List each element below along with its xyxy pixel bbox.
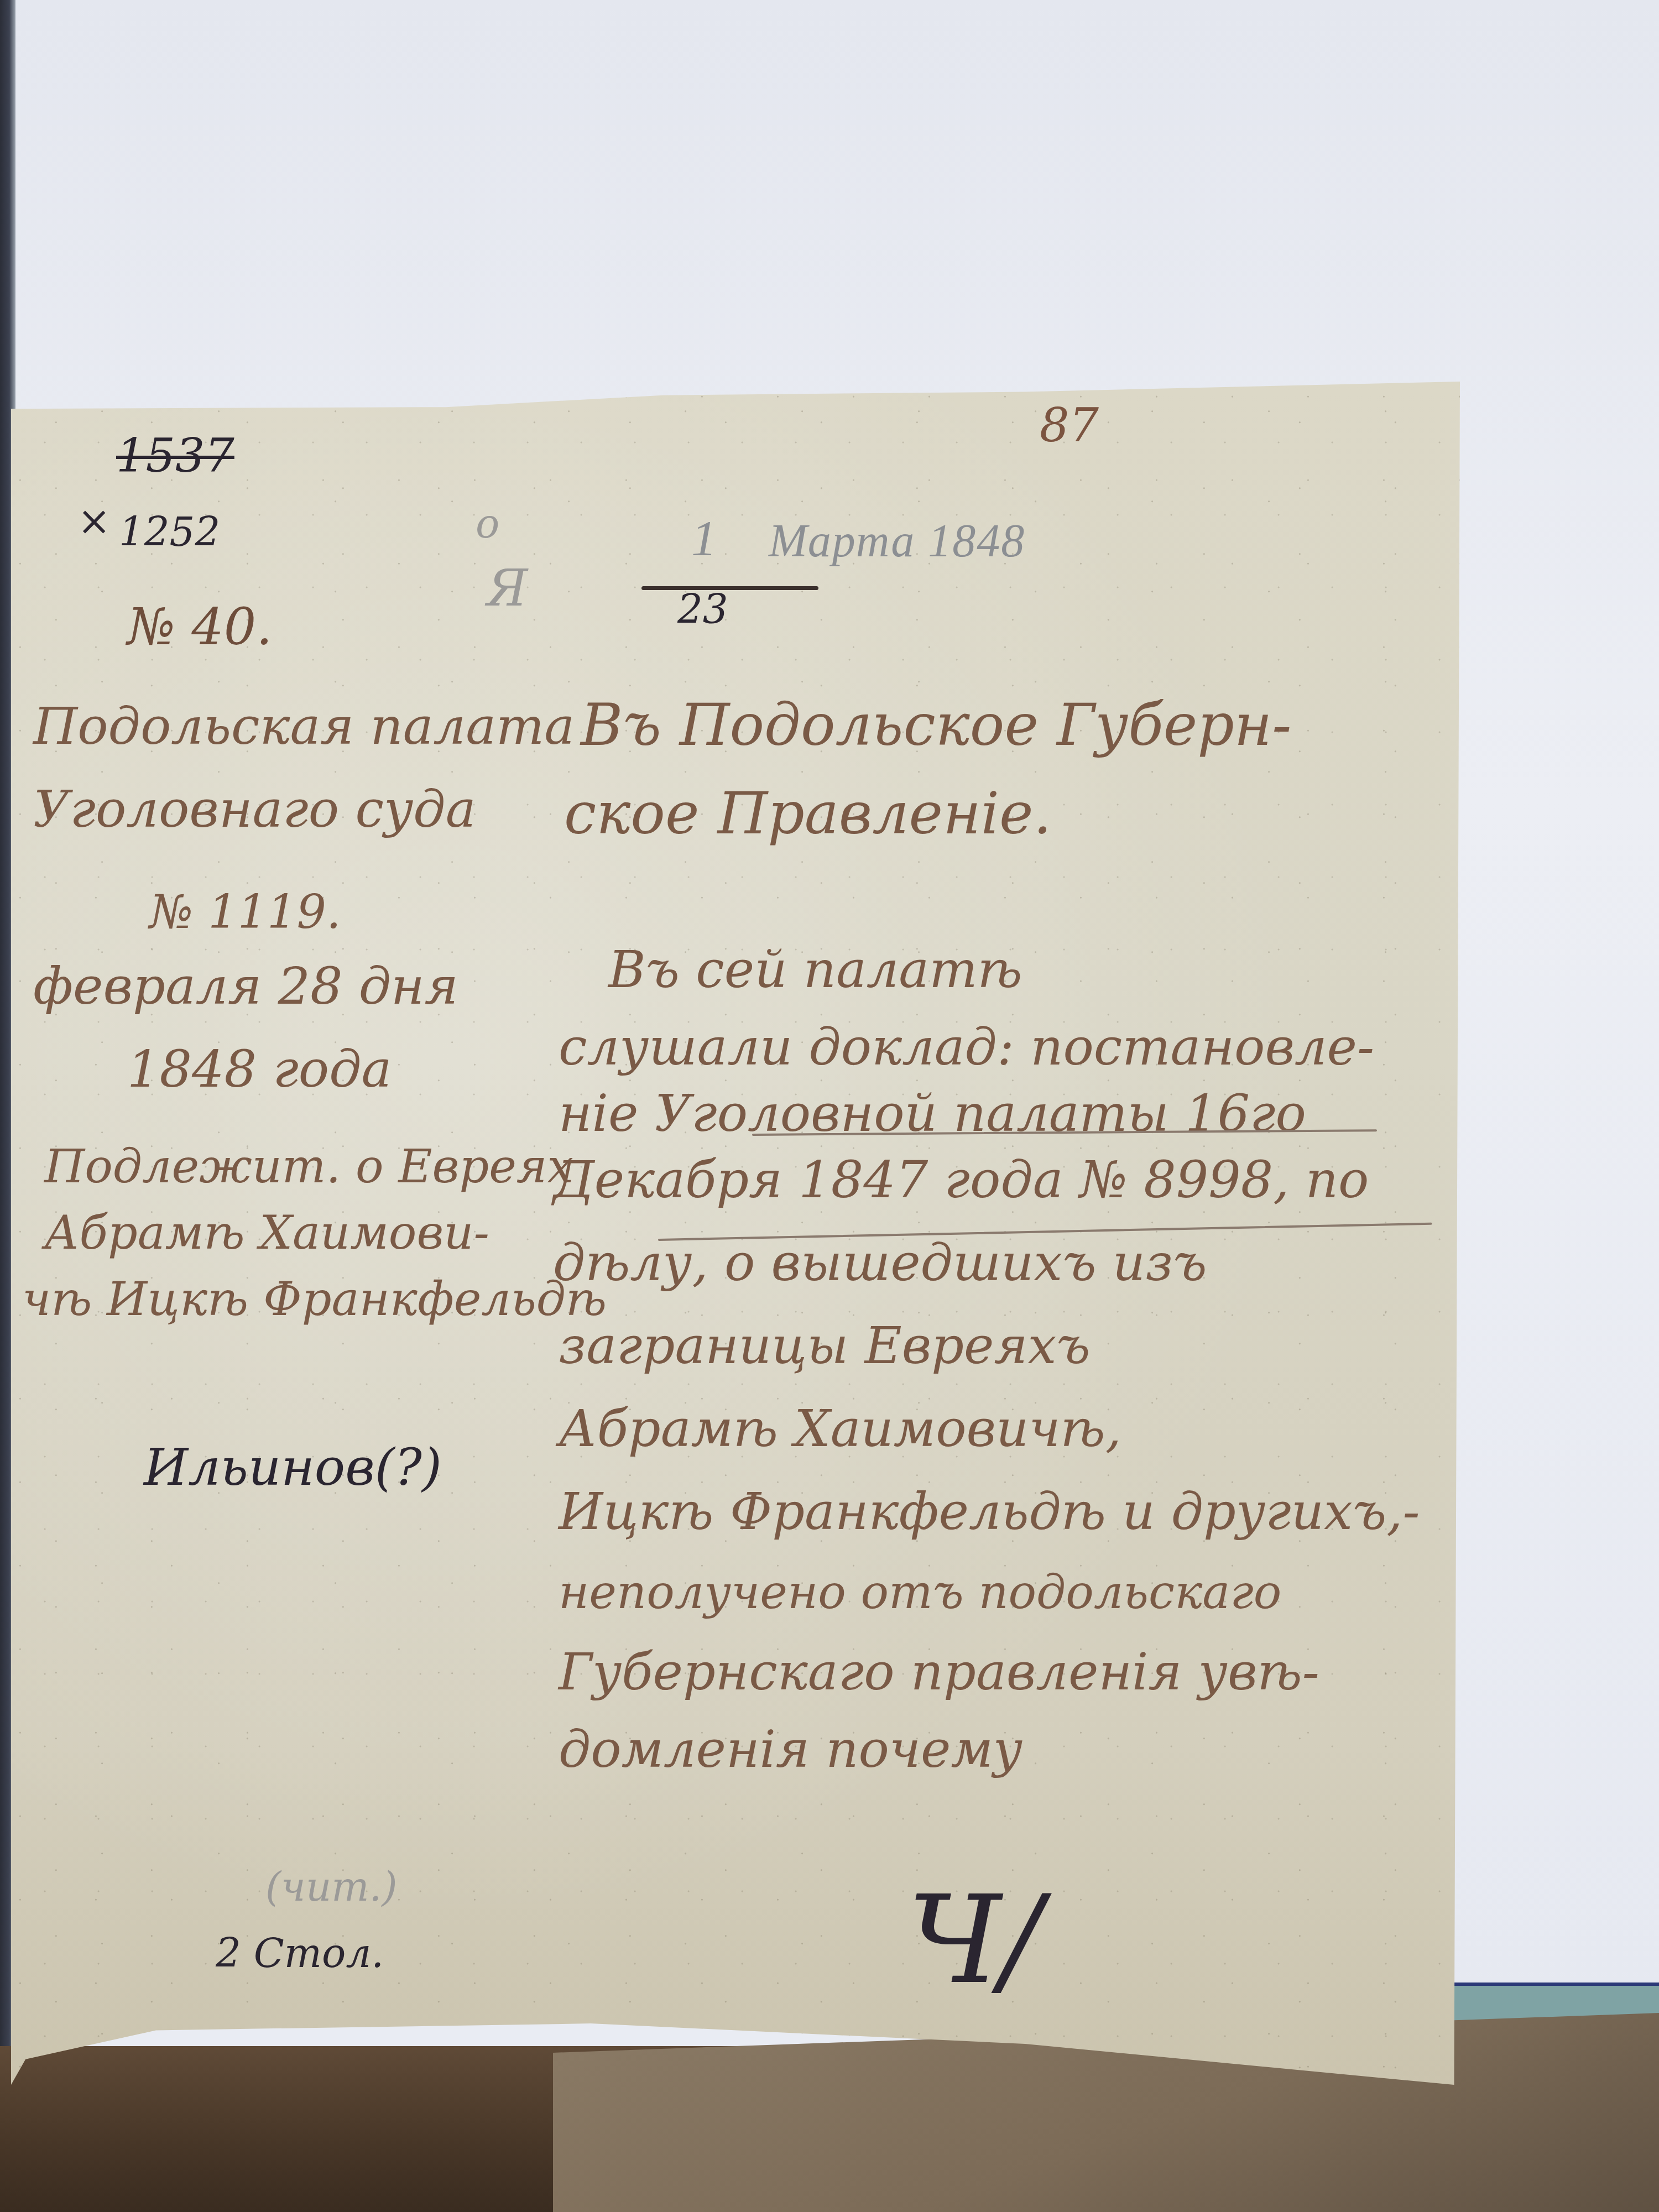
signature-mark: Ч/ [907, 1869, 1042, 2011]
addressee-line-2: ское Правленіе. [564, 780, 1052, 847]
subject-line-2: Абрамѣ Хаимови- [44, 1206, 489, 1260]
outgoing-number: № 1119. [149, 885, 341, 939]
stamp-month-year: Марта 1848 [769, 514, 1025, 568]
pencil-note: (чит.) [265, 1864, 398, 1910]
body-line-8: Ицкѣ Франкфельдѣ и другихъ,- [559, 1482, 1420, 1541]
sender-line-2: Уголовнаго суда [33, 780, 476, 839]
mark-x: × [77, 498, 111, 544]
stamp-sub-number: 23 [677, 586, 728, 633]
sheets-note: 2 Стол. [216, 1930, 384, 1976]
case-number-struck: 1537 [116, 429, 234, 483]
clerk-signature: Ильинов(?) [144, 1438, 442, 1497]
body-line-7: Абрамѣ Хаимовичѣ, [559, 1399, 1121, 1458]
case-number-current: 1252 [119, 509, 220, 555]
body-line-11: домленія почему [559, 1720, 1022, 1779]
addressee-line-1: Въ Подольское Губерн- [581, 691, 1291, 759]
item-number: № 40. [127, 597, 273, 656]
pencil-mark-o: о [476, 500, 499, 547]
date-line-1: февраля 28 дня [33, 957, 458, 1016]
stamp-day: 1 [691, 509, 718, 567]
body-line-1: Въ сей палатѣ [608, 940, 1022, 999]
stamp-fraction-bar [641, 586, 818, 590]
body-line-6: заграницы Евреяхъ [559, 1316, 1091, 1375]
body-line-4: Декабря 1847 года № 8998, по [553, 1150, 1369, 1209]
subject-line-3: чѣ Ицкѣ Франкфельдѣ [22, 1272, 607, 1326]
body-line-10: Губернскаго правленія увѣ- [559, 1642, 1319, 1702]
body-line-9: неполучено отъ подольскаго [559, 1565, 1281, 1619]
body-line-5: дѣлу, о вышедшихъ изъ [553, 1233, 1207, 1292]
folio-number: 87 [1040, 398, 1099, 452]
body-line-2: слушали доклад: постановле- [559, 1018, 1374, 1077]
sender-line-1: Подольская палата [33, 697, 575, 756]
pencil-initial: Я [487, 559, 528, 618]
date-line-2: 1848 года [127, 1040, 392, 1099]
subject-line-1: Подлежит. о Евреях [44, 1139, 573, 1193]
